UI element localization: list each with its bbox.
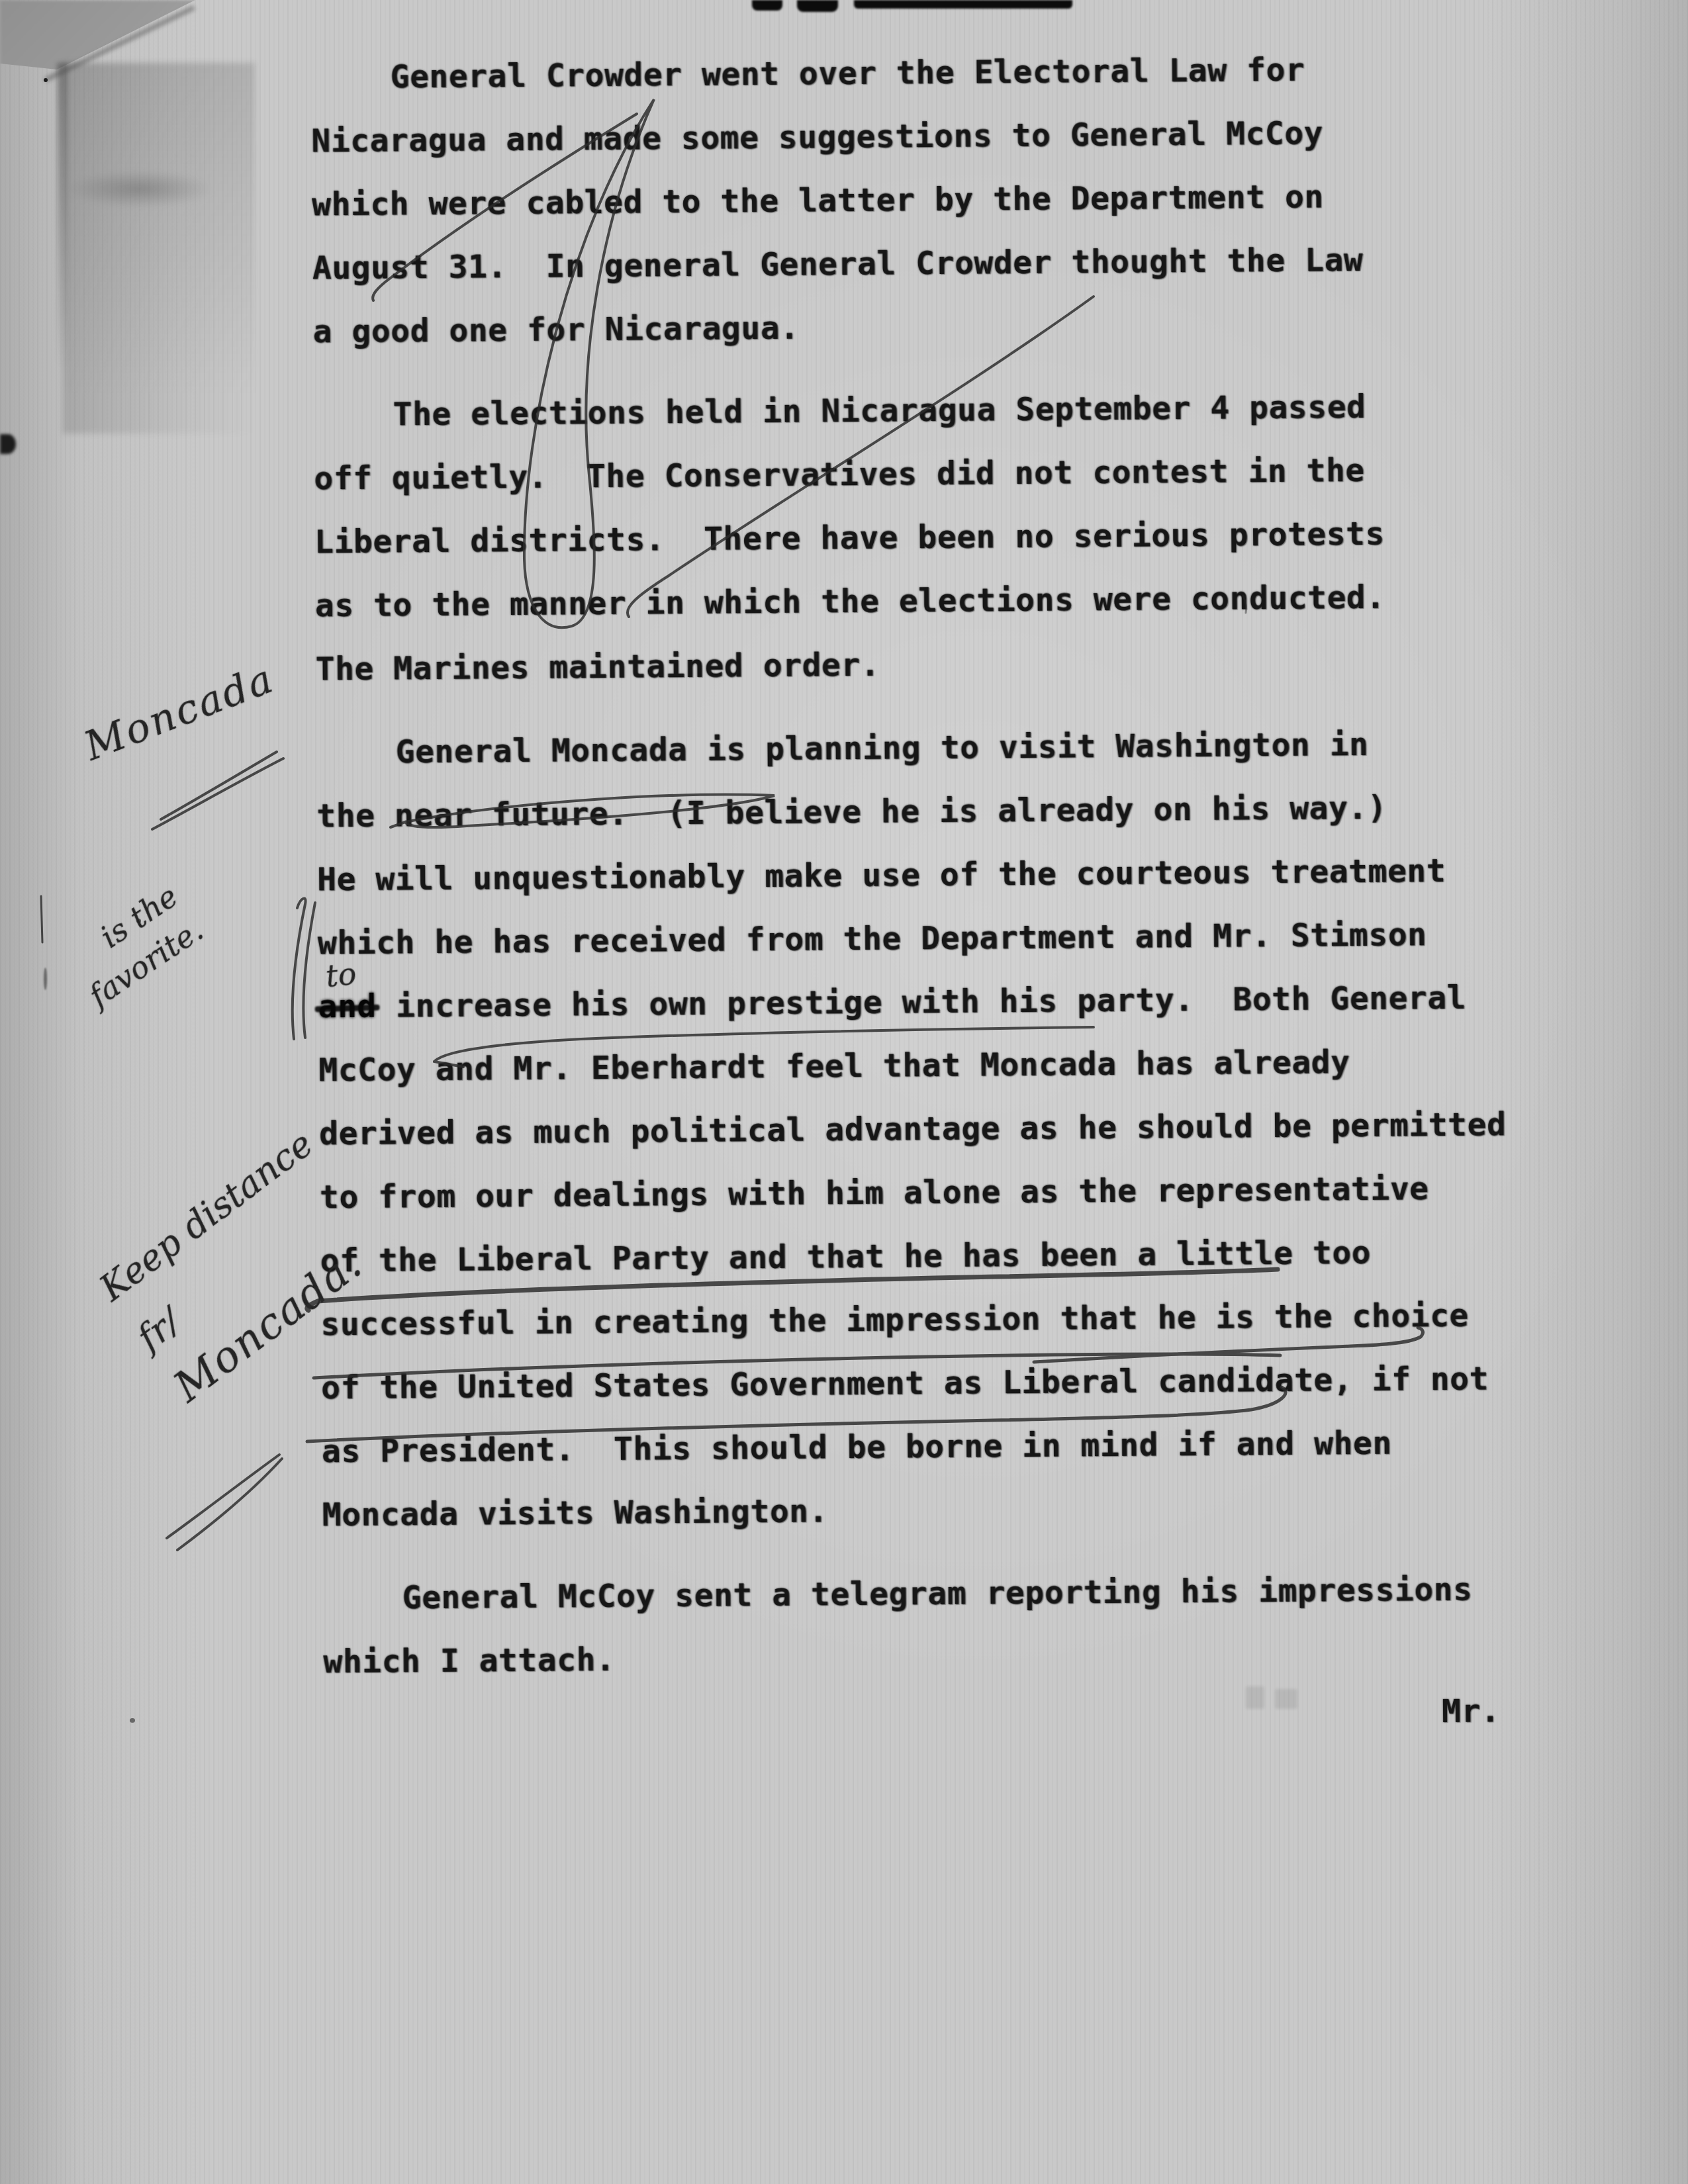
typed-line: The Marines maintained order. — [315, 647, 880, 688]
typed-line: which he has received from the Departmen… — [318, 916, 1427, 962]
typed-line: as President. This should be borne in mi… — [322, 1425, 1392, 1471]
struck-word: and — [318, 988, 377, 1026]
typed-line: to from our dealings with him alone as t… — [320, 1170, 1429, 1216]
typed-document: General Crowder went over the Electoral … — [0, 0, 1688, 2184]
typed-line: and increase his own prestige with his p… — [318, 979, 1466, 1026]
typed-line: which I attach. — [323, 1641, 615, 1680]
typed-line: General Moncada is planning to visit Was… — [395, 726, 1368, 771]
typed-line: as to the manner in which the elections … — [315, 579, 1385, 625]
typed-line: General McCoy sent a telegram reporting … — [402, 1571, 1472, 1617]
typed-line: which were cabled to the latter by the D… — [312, 178, 1324, 223]
typed-line: August 31. In general General Crowder th… — [312, 242, 1364, 287]
typed-line: Moncada visits Washington. — [322, 1492, 828, 1533]
typed-line: He will unquestionably make use of the c… — [317, 852, 1446, 898]
typed-line: the near future. (I believe he is alread… — [316, 790, 1387, 835]
typed-line: Liberal districts. There have been no se… — [314, 516, 1385, 561]
typed-line: derived as much political advantage as h… — [319, 1106, 1507, 1152]
typed-line: of the Liberal Party and that he has bee… — [320, 1234, 1371, 1279]
inserted-word-to: to — [324, 956, 358, 995]
typed-line: Nicaragua and made some suggestions to G… — [311, 114, 1323, 159]
typed-line: a good one for Nicaragua. — [312, 310, 799, 351]
typed-line: The elections held in Nicaragua Septembe… — [393, 388, 1366, 433]
signature-initials: Mr. — [1442, 1692, 1501, 1730]
typed-line: of the United States Government as Liber… — [321, 1361, 1489, 1407]
typed-line: off quietly. The Conservatives did not c… — [314, 452, 1365, 497]
typed-line: successful in creating the impression th… — [320, 1297, 1469, 1343]
typed-line: McCoy and Mr. Eberhardt feel that Moncad… — [318, 1044, 1350, 1089]
typed-line: General Crowder went over the Electoral … — [390, 52, 1305, 96]
